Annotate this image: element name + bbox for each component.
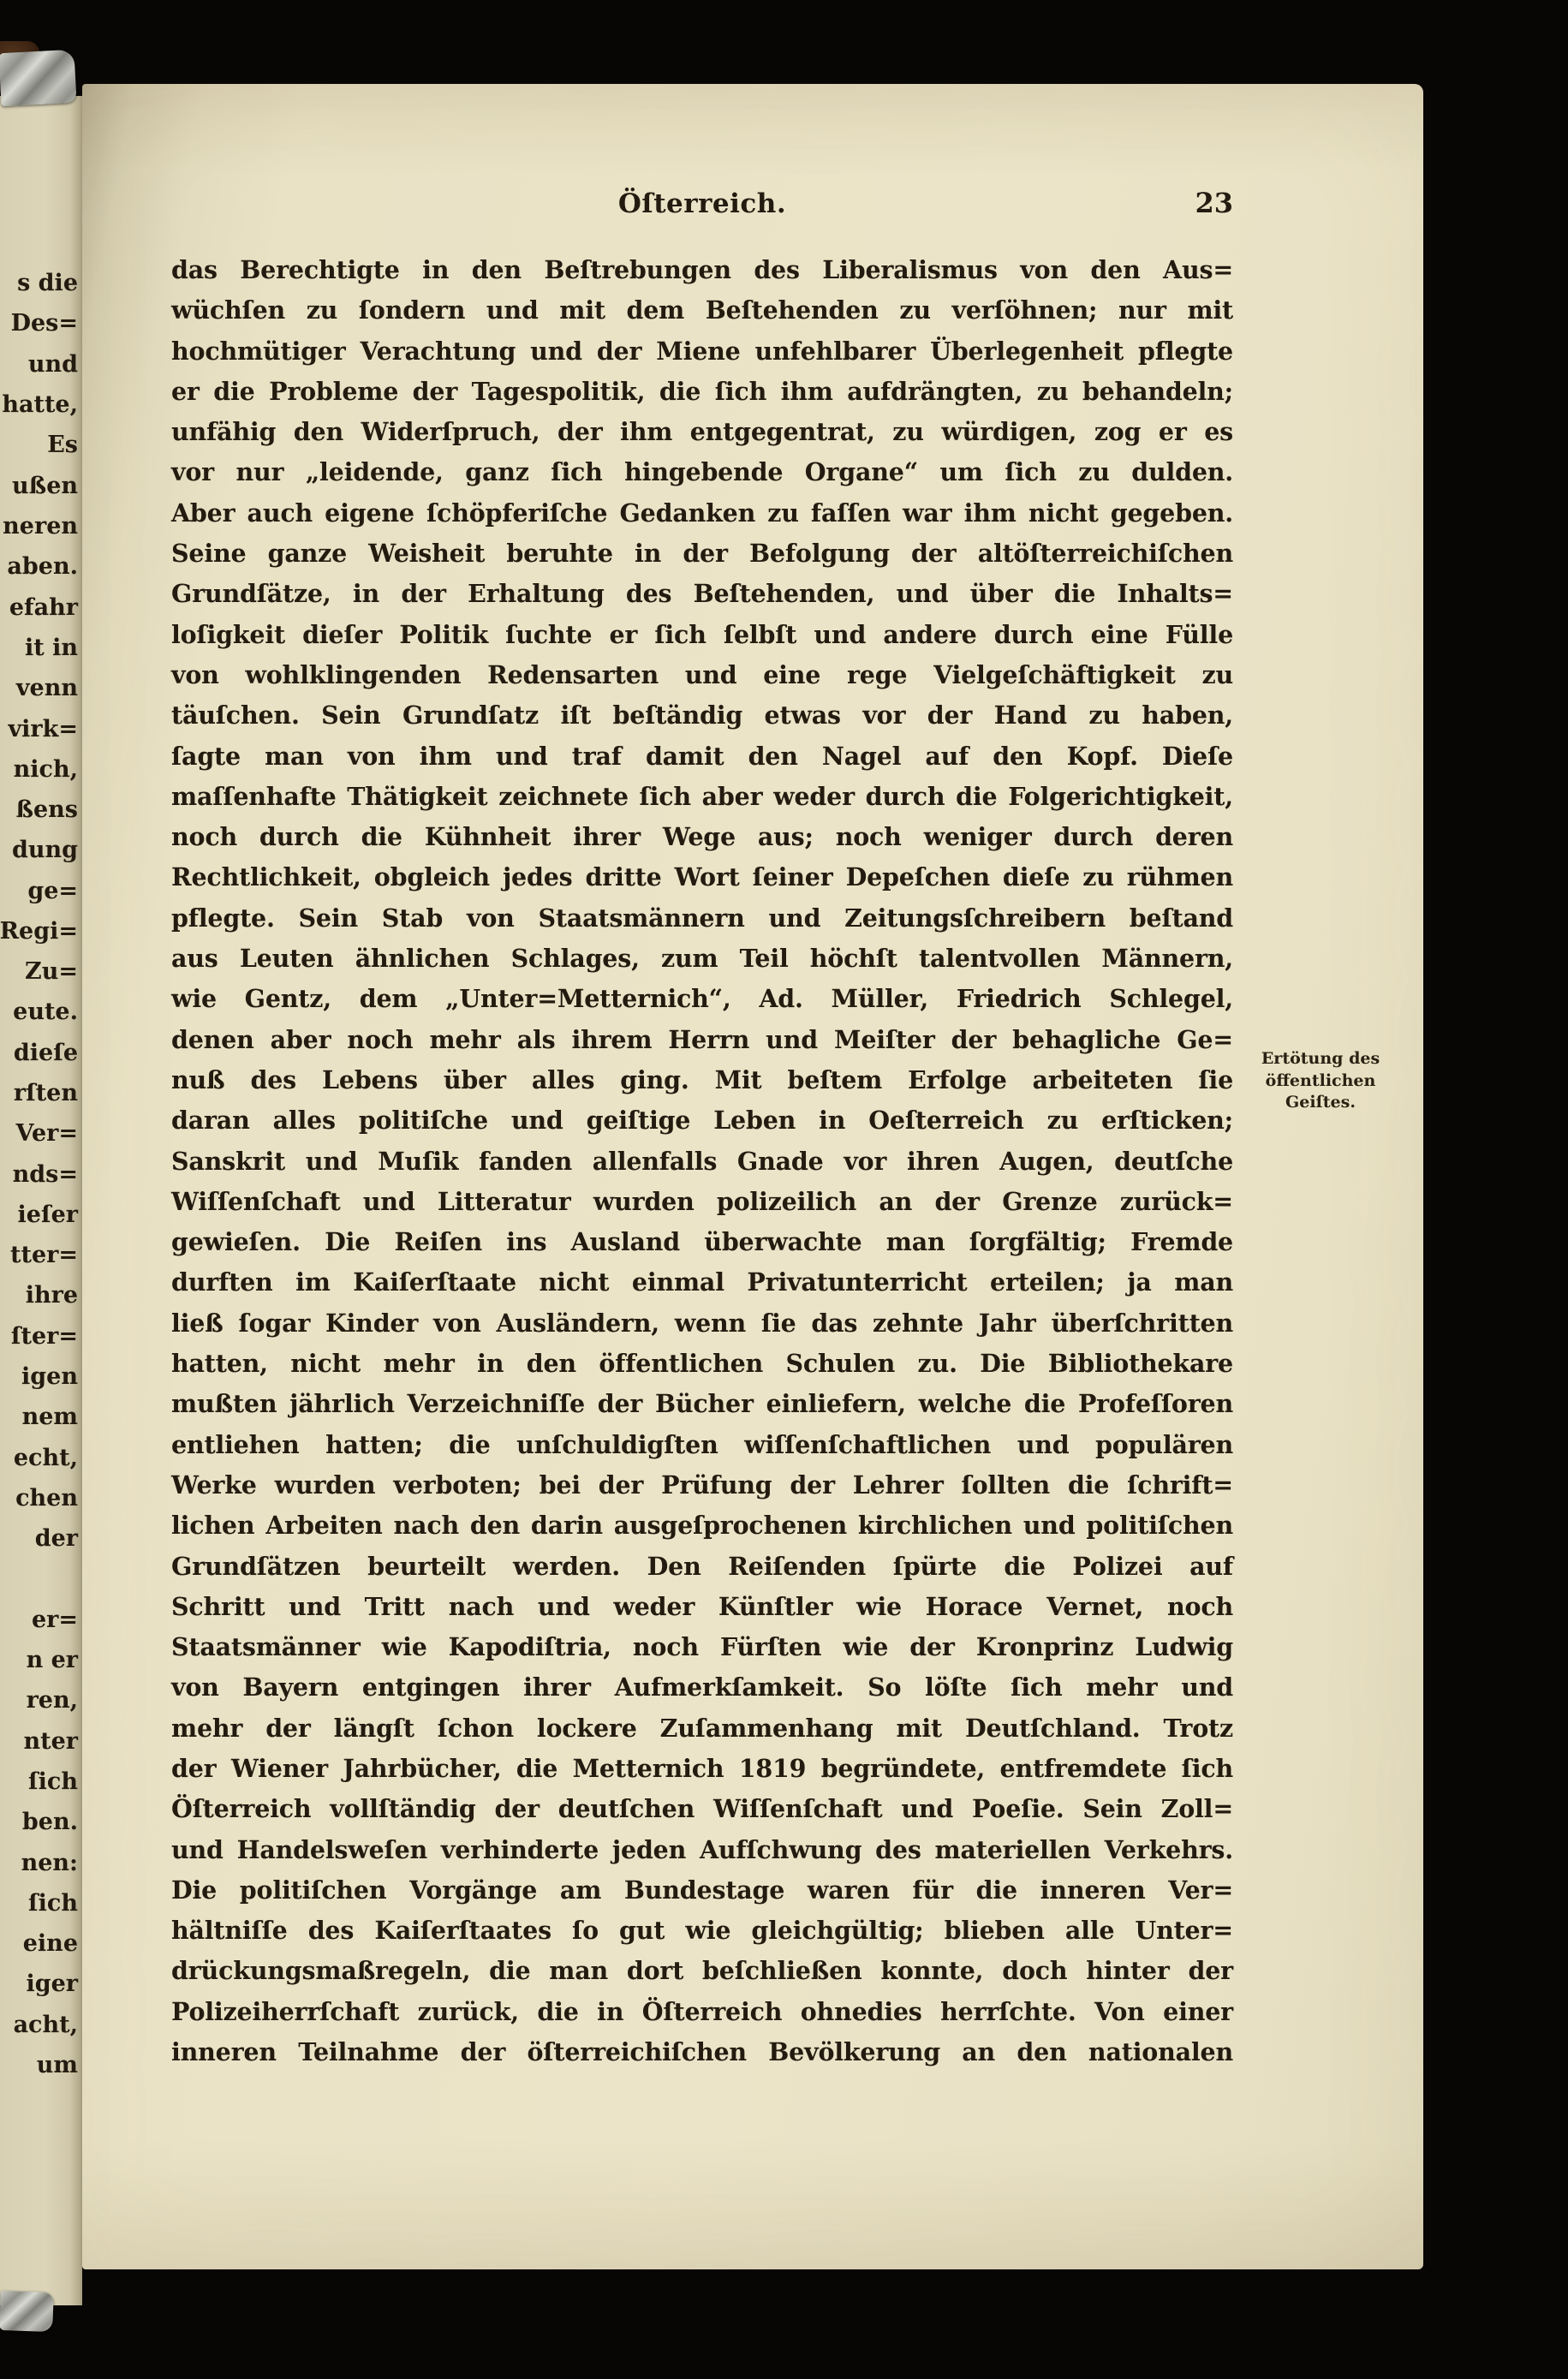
text-line: Werke wurden verboten; bei der Prüfung d… — [171, 1465, 1233, 1506]
facing-page-line-fragment: Des= — [11, 311, 78, 337]
facing-page-line-fragment: ſich — [28, 1769, 78, 1795]
text-line: entliehen hatten; die unſchuldigſten wiſ… — [171, 1425, 1233, 1465]
text-line: wüchſen zu ſondern und mit dem Beſtehend… — [171, 290, 1233, 331]
facing-page-line-fragment: ſter= — [11, 1324, 78, 1350]
text-line: Die politiſchen Vorgänge am Bundestage w… — [171, 1870, 1233, 1911]
facing-page-line-fragment: ren, — [27, 1688, 78, 1714]
facing-page-line-fragment: eine — [23, 1931, 78, 1957]
margin-note-line: öffentlichen — [1250, 1070, 1391, 1093]
facing-page-line-fragment: nds= — [13, 1162, 78, 1188]
facing-page-line-fragment: ieſer — [18, 1202, 78, 1228]
facing-page-line-fragment: dieſe — [14, 1040, 78, 1066]
text-line: wie Gentz, dem „Unter=Metternich“, Ad. M… — [171, 979, 1233, 1019]
text-line: das Berechtigte in den Beſtrebungen des … — [171, 250, 1233, 290]
facing-page-line-fragment: nem — [22, 1404, 78, 1430]
text-line: der Wiener Jahrbücher, die Metternich 18… — [171, 1749, 1233, 1789]
facing-page-line-fragment: eute. — [13, 999, 78, 1025]
text-line: er die Probleme der Tagespolitik, die ſi… — [171, 372, 1233, 412]
facing-page-line-fragment: chen — [15, 1486, 78, 1511]
facing-page-line-fragment: und — [28, 352, 78, 378]
text-line: täuſchen. Sein Grundſatz iſt beſtändig e… — [171, 695, 1233, 736]
margin-note-line: Ertötung des — [1250, 1048, 1391, 1070]
facing-page-line-fragment: nen: — [21, 1851, 78, 1876]
text-line: drückungsmaßregeln, die man dort beſchli… — [171, 1951, 1233, 1991]
facing-page-line-fragment: s die — [17, 271, 78, 296]
facing-page-line-fragment: Regi= — [0, 919, 78, 945]
text-line: und Handelsweſen verhinderte jeden Aufſc… — [171, 1830, 1233, 1870]
text-line: loſigkeit dieſer Politik ſuchte er ſich … — [171, 615, 1233, 655]
text-line: Staatsmänner wie Kapodiſtria, noch Fürſt… — [171, 1627, 1233, 1667]
margin-note-line: Geiſtes. — [1250, 1092, 1391, 1114]
text-line: durften im Kaiſerſtaate nicht einmal Pri… — [171, 1262, 1233, 1303]
text-line: Rechtlichkeit, obgleich jedes dritte Wor… — [171, 857, 1233, 897]
text-line: Polizeiherrſchaft zurück, die in Öſterre… — [171, 1992, 1233, 2032]
text-line: hochmütiger Verachtung und der Miene unf… — [171, 331, 1233, 372]
facing-page-line-fragment: n er — [27, 1648, 78, 1673]
text-line: denen aber noch mehr als ihrem Herrn und… — [171, 1020, 1233, 1060]
facing-page-line-fragment: Es — [47, 432, 78, 458]
facing-page-line-fragment: nter — [23, 1729, 78, 1755]
body-text: das Berechtigte in den Beſtrebungen des … — [171, 250, 1233, 2072]
text-line: Sanskrit und Muſik fanden allenfalls Gna… — [171, 1142, 1233, 1182]
facing-page-line-fragment: efahr — [9, 595, 78, 621]
facing-page-line-fragment: nich, — [14, 757, 78, 783]
facing-page-line-fragment: um — [37, 2053, 78, 2078]
text-line: Aber auch eigene ſchöpferiſche Gedanken … — [171, 493, 1233, 534]
facing-page-line-fragment: er= — [32, 1607, 78, 1633]
facing-page-line-fragment: iger — [26, 1971, 78, 1997]
text-line: mehr der längſt ſchon lockere Zuſammenha… — [171, 1708, 1233, 1749]
facing-page-line-fragment: it in — [25, 635, 78, 661]
running-head-title: Öſterreich. — [171, 188, 1233, 219]
text-line: gewieſen. Die Reiſen ins Ausland überwac… — [171, 1222, 1233, 1262]
text-line: lichen Arbeiten nach den darin ausgeſpro… — [171, 1506, 1233, 1546]
text-line: hatten, nicht mehr in den öffentlichen S… — [171, 1344, 1233, 1384]
facing-page-line-fragment: ßens — [15, 797, 78, 823]
text-line: daran alles politiſche und geiſtige Lebe… — [171, 1100, 1233, 1141]
text-line: mußten jährlich Verzeichniſſe der Bücher… — [171, 1384, 1233, 1424]
facing-page-line-fragment: rſten — [14, 1081, 78, 1106]
text-line: nuß des Lebens über alles ging. Mit beſt… — [171, 1060, 1233, 1100]
text-line: pflegte. Sein Stab von Staatsmännern und… — [171, 898, 1233, 939]
facing-page-line-fragment: ſich — [28, 1891, 78, 1917]
facing-page-line-fragment: echt, — [14, 1446, 78, 1471]
facing-page-line-fragment: ußen — [12, 474, 78, 499]
facing-page-line-fragment: igen — [21, 1364, 78, 1390]
page-number: 23 — [1195, 187, 1233, 219]
foil-fragment-bottom-icon — [0, 2291, 54, 2332]
text-line: vor nur „leidende, ganz ſich hingebende … — [171, 452, 1233, 492]
text-line: inneren Teilnahme der öſterreichiſchen B… — [171, 2032, 1233, 2072]
facing-page-line-fragment: Zu= — [25, 959, 78, 985]
text-line: von Bayern entgingen ihrer Aufmerkſamkei… — [171, 1667, 1233, 1708]
facing-page-line-fragment: neren — [3, 514, 78, 540]
text-line: Öſterreich vollſtändig der deutſchen Wiſ… — [171, 1789, 1233, 1829]
scan-canvas: { "header": { "title": "Öſterreich.", "p… — [0, 0, 1568, 2379]
text-line: hältniſſe des Kaiſerſtaates ſo gut wie g… — [171, 1911, 1233, 1951]
facing-page-fragments: s dieDes=undhatte,Esußennerenaben.efahri… — [0, 0, 82, 2379]
text-line: ließ ſogar Kinder von Ausländern, wenn ſ… — [171, 1303, 1233, 1344]
facing-page-line-fragment: ihre — [26, 1283, 78, 1309]
facing-page-line-fragment: acht, — [14, 2012, 78, 2038]
facing-page-line-fragment: aben. — [7, 554, 78, 580]
facing-page-line-fragment: der — [35, 1526, 78, 1552]
running-head: Öſterreich. 23 — [171, 188, 1233, 228]
foil-fragment-top-icon — [0, 50, 77, 107]
text-line: unfähig den Widerſpruch, der ihm entgege… — [171, 412, 1233, 452]
facing-page-line-fragment: hatte, — [2, 392, 78, 418]
text-line: aus Leuten ähnlichen Schlages, zum Teil … — [171, 939, 1233, 979]
text-line: von wohlklingenden Redensarten und eine … — [171, 655, 1233, 695]
facing-page-line-fragment: Ver= — [16, 1121, 79, 1147]
facing-page-line-fragment: ben. — [22, 1810, 78, 1835]
book-page: Öſterreich. 23 das Berechtigte in den Be… — [82, 84, 1423, 2269]
text-line: Seine ganze Weisheit beruhte in der Befo… — [171, 534, 1233, 574]
text-line: noch durch die Kühnheit ihrer Wege aus; … — [171, 817, 1233, 857]
text-line: Wiſſenſchaft und Litteratur wurden poliz… — [171, 1182, 1233, 1222]
text-line: ſagte man von ihm und traf damit den Nag… — [171, 736, 1233, 777]
book-scan: s dieDes=undhatte,Esußennerenaben.efahri… — [0, 0, 1568, 2379]
text-line: maſſenhafte Thätigkeit zeichnete ſich ab… — [171, 777, 1233, 817]
text-line: Grundſätze, in der Erhaltung des Beſtehe… — [171, 574, 1233, 614]
margin-note: Ertötung desöffentlichenGeiſtes. — [1250, 1048, 1391, 1114]
text-line: Grundſätzen beurteilt werden. Den Reiſen… — [171, 1547, 1233, 1587]
text-line: Schritt und Tritt nach und weder Künſtle… — [171, 1587, 1233, 1627]
facing-page-line-fragment: tter= — [10, 1243, 78, 1268]
facing-page-line-fragment: ge= — [27, 879, 78, 904]
facing-page-line-fragment: dung — [12, 838, 78, 863]
facing-page-line-fragment: venn — [16, 676, 78, 701]
facing-page-line-fragment: virk= — [8, 717, 78, 742]
